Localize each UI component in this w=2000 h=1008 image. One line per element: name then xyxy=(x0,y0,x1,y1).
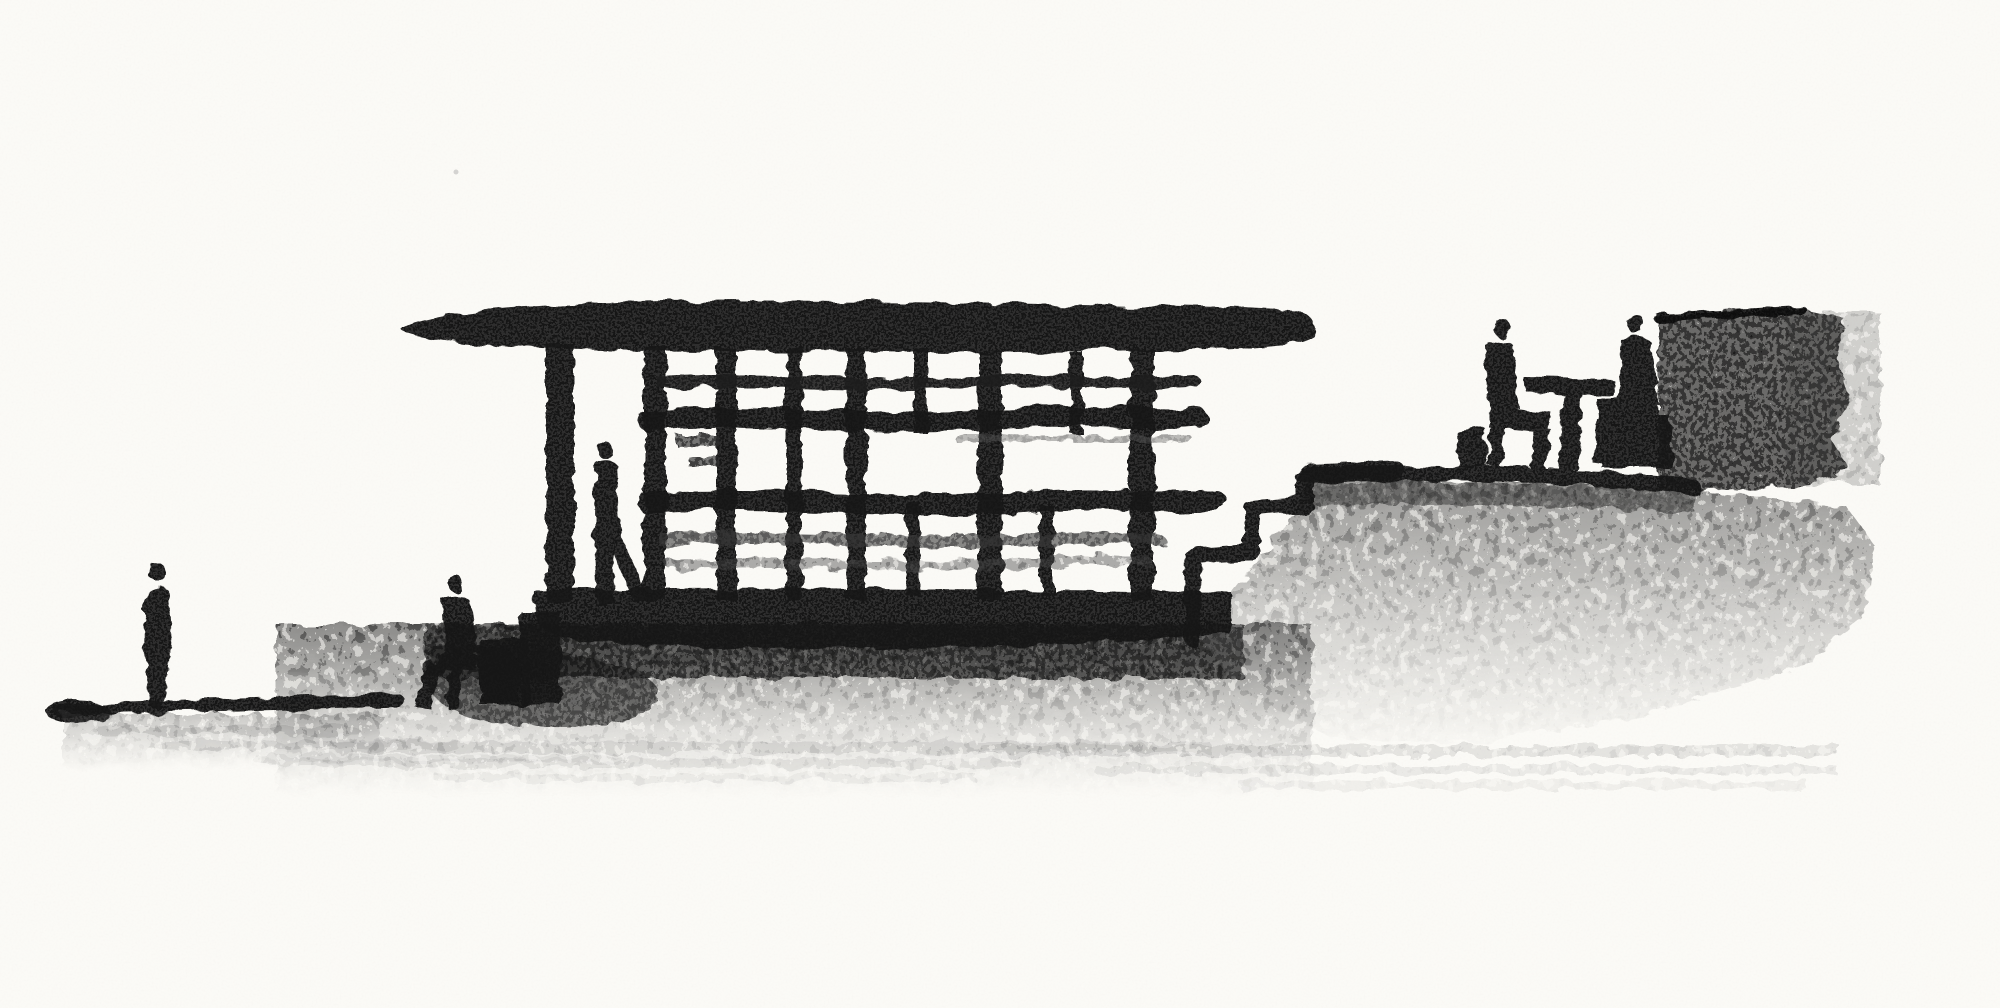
figure-chair xyxy=(1603,415,1674,469)
terrace-edge-shadow xyxy=(1316,492,1684,501)
rail-lower-2 xyxy=(672,560,1148,565)
rail-upper-thick xyxy=(648,417,1198,422)
table-top xyxy=(1525,378,1614,395)
hatch-streak xyxy=(300,759,1020,768)
figure-head xyxy=(448,574,462,592)
rail-stub-bay xyxy=(676,434,718,446)
column-1 xyxy=(546,344,574,600)
rail-upper-echo xyxy=(958,438,1188,439)
roof-slab xyxy=(401,301,1315,353)
embankment-wall-fringe xyxy=(1786,312,1880,484)
rail-middle-thick xyxy=(648,499,1216,505)
sketch-canvas: Charcoal sketch of a flat-roofed pavilio… xyxy=(0,0,2000,1008)
figure-stool xyxy=(1457,428,1487,468)
stray-charcoal-speck xyxy=(454,170,459,175)
rail-stub-bay xyxy=(688,456,718,466)
mullion-lower-1 xyxy=(906,503,920,595)
sketch-page: Charcoal sketch of a flat-roofed pavilio… xyxy=(0,0,2000,1008)
figure-head xyxy=(1628,314,1644,334)
hatch-streak xyxy=(1096,765,1836,774)
figure-head xyxy=(1493,317,1509,337)
mullion-lower-2 xyxy=(1040,505,1054,595)
figure-head xyxy=(148,561,164,581)
rail-lower-1 xyxy=(664,538,1158,542)
hatch-streak xyxy=(98,726,358,735)
hatch-streak xyxy=(436,774,976,782)
rail-top-thin xyxy=(662,380,1194,384)
figure-head xyxy=(598,441,612,459)
hatch-streak xyxy=(980,745,1840,756)
hatch-streak xyxy=(1238,781,1808,789)
